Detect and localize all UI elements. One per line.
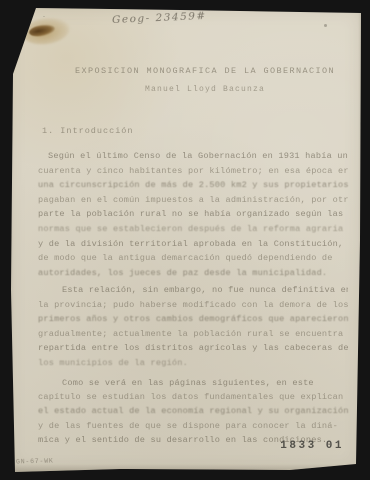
text-line: y de las fuentes de que se dispone para … xyxy=(38,421,348,435)
text-line: una circunscripción de más de 2.500 km2 … xyxy=(38,180,348,195)
text-line: normas que se establecieron después de l… xyxy=(38,224,348,239)
bottom-pencil-code: GN-67-WK xyxy=(16,458,54,466)
text-line: el estado actual de la economía regional… xyxy=(38,406,348,420)
document-author: Manuel Lloyd Bacunza xyxy=(60,85,350,94)
text-line: Según el último Censo de la Gobernación … xyxy=(38,151,348,166)
paragraph-2: Esta relación, sin embargo, no fue nunca… xyxy=(38,285,348,373)
text-line: parte la población rural no se había org… xyxy=(38,209,348,224)
text-line: pagaban en el común impuestos a la admin… xyxy=(38,195,348,210)
stamp-number: 1833 01 xyxy=(280,440,344,452)
text-line: cuarenta y cinco habitantes por kilómetr… xyxy=(38,166,348,181)
paper-speck xyxy=(324,24,327,27)
text-line: la provincia; pudo haberse modificado co… xyxy=(38,300,348,315)
title-block: EXPOSICION MONOGRAFICA DE LA GOBERNACION… xyxy=(60,66,350,94)
paper-sheet: . , . Geog- 23459# EXPOSICION MONOGRAFIC… xyxy=(0,0,370,480)
text-line: repartida entre los distritos agrícolas … xyxy=(38,343,348,358)
text-line: de modo que la antigua demarcación quedó… xyxy=(38,253,348,268)
text-line: primeros años y otros cambios demográfic… xyxy=(38,314,348,329)
paragraph-3: Como se verá en las páginas siguientes, … xyxy=(38,378,348,449)
text-line: gradualmente; actualmente la población r… xyxy=(38,329,348,344)
text-line: y de la división territorial aprobada en… xyxy=(38,239,348,254)
handwritten-catalog-note: Geog- 23459# xyxy=(112,10,207,26)
text-line: los municipios de la región. xyxy=(38,358,348,373)
scanned-page: . , . Geog- 23459# EXPOSICION MONOGRAFIC… xyxy=(0,0,370,480)
text-line: capítulo se estudian los datos fundament… xyxy=(38,392,348,406)
text-line: Esta relación, sin embargo, no fue nunca… xyxy=(38,285,348,300)
section-heading: 1. Introducción xyxy=(42,126,134,136)
pencil-marks: . , . xyxy=(18,11,64,23)
paragraph-1: Según el último Censo de la Gobernación … xyxy=(38,151,348,282)
text-line: autoridades, los jueces de paz desde la … xyxy=(38,268,348,283)
text-line: Como se verá en las páginas siguientes, … xyxy=(38,378,348,392)
paper-speck xyxy=(340,8,343,11)
document-title: EXPOSICION MONOGRAFICA DE LA GOBERNACION xyxy=(60,66,350,76)
